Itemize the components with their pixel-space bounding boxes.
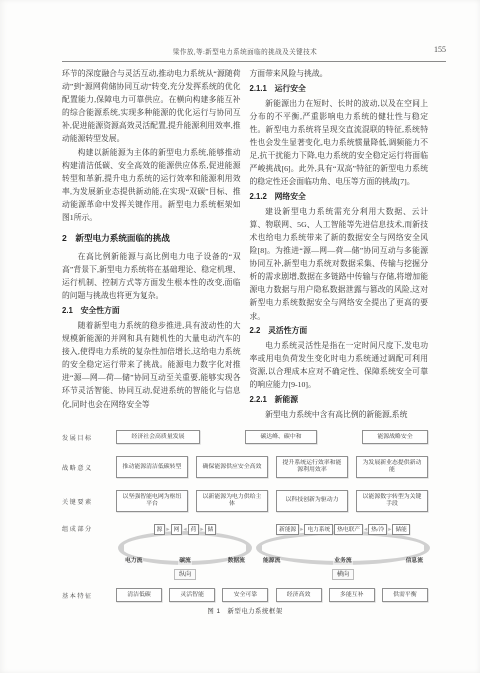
node-box: 电力系统 <box>304 524 333 535</box>
figure-box: 经济高效 <box>276 588 322 602</box>
figure-row-elements: 关键要素 以坚强智能电网为枢纽平台 以新能源为电力供给主体 以科技创新为驱动力 … <box>62 490 428 512</box>
figure-box: 以坚强智能电网为枢纽平台 <box>116 490 188 512</box>
figure-1: 发展目标 经济社会高质量发展 碳达峰、碳中和 能源战略安全 战略意义 推动能源清… <box>62 430 428 615</box>
flow-label: 碳流 <box>178 558 192 565</box>
subsection-heading: 2.1 安全性方面 <box>62 305 241 317</box>
figure-row-label: 战略意义 <box>62 463 102 472</box>
subsection-heading: 2.1.2 网络安全 <box>250 191 429 203</box>
left-column: 环节的深度融合与灵活互动,推动电力系统从“源随荷动”到“源网荷储协同互动”转变,… <box>62 67 241 421</box>
paragraph: 建设新型电力系统需充分利用大数据、云计算、物联网、5G、人工智能等先进信息技术,… <box>250 205 429 323</box>
paragraph: 在高比例新能源与高比例电力电子设备的“双高”背景下,新型电力系统将在基础理论、稳… <box>62 250 241 302</box>
figure-box: 推动能源清洁低碳转型 <box>116 456 188 478</box>
flow-label: 电力流 <box>124 558 143 565</box>
figure-row-label: 关键要素 <box>62 497 102 506</box>
subsection-heading: 2.2.1 新能源 <box>250 394 429 406</box>
figure-box: 以科技创新为驱动力 <box>276 490 348 512</box>
paragraph: 构建以新能源为主体的新型电力系统,能够推动构建清洁低碳、安全高效的能源供应体系,… <box>62 146 241 225</box>
figure-box: 以能源数字转型为关键手段 <box>356 490 428 512</box>
paper-page: 梁作放,等:新型电力系统面临的挑战及关键技术 155 环节的深度融合与灵活互动,… <box>0 0 480 673</box>
figure-row-label: 基本特征 <box>62 591 102 600</box>
vertical-cluster: 源 ▸ 网 ◂ 荷 ▸ 储 电力流 碳流 数据流 <box>116 524 254 580</box>
arrow-right-icon: ▸ <box>200 527 203 533</box>
arrow-right-icon: ▸ <box>166 527 169 533</box>
horizontal-nodes: 新能源 ▸ 电力系统 热电联产 ◂ 热/冷 ▸ 储能 <box>254 524 432 535</box>
figure-box: 碳达峰、碳中和 <box>245 430 317 444</box>
paragraph: 电力系统灵活性是指在一定时间尺度下,发电功率或用电负荷发生变化时电力系统通过调配… <box>250 339 429 391</box>
figure-box: 提升系统运行效率和能源利用效率 <box>276 456 348 478</box>
node-box: 源 <box>154 524 166 535</box>
figure-box: 确保能源供应安全高效 <box>196 456 268 478</box>
horizontal-flow-labels: 能源流 业务流 信息流 <box>262 558 424 565</box>
arrow-right-icon: ▸ <box>300 527 303 533</box>
section-heading: 2 新型电力系统面临的挑战 <box>62 232 241 244</box>
figure-box: 能源战略安全 <box>362 430 428 444</box>
node-box: 热/冷 <box>368 524 387 535</box>
feature-boxes: 清洁低碳 灵活智能 安全可靠 经济高效 多能互补 供需平衡 <box>116 588 428 602</box>
figure-row-label: 发展目标 <box>62 433 102 442</box>
figure-box: 清洁低碳 <box>116 588 162 602</box>
subsection-heading: 2.1.1 运行安全 <box>250 83 429 95</box>
paragraph: 方面带来风险与挑战。 <box>250 67 429 80</box>
axis-label: 纵向 <box>174 569 196 580</box>
node-box: 荷 <box>188 524 200 535</box>
component-clusters: 源 ▸ 网 ◂ 荷 ▸ 储 电力流 碳流 数据流 <box>116 524 432 580</box>
figure-box: 灵活智能 <box>169 588 215 602</box>
flow-label: 信息流 <box>405 558 424 565</box>
figure-row-features: 基本特征 清洁低碳 灵活智能 安全可靠 经济高效 多能互补 供需平衡 <box>62 588 428 602</box>
horizontal-cluster: 新能源 ▸ 电力系统 热电联产 ◂ 热/冷 ▸ 储能 能源流 业务流 <box>254 524 432 580</box>
running-head: 梁作放,等:新型电力系统面临的挑战及关键技术 155 <box>62 46 428 58</box>
figure-row-strategy: 战略意义 推动能源清洁低碳转型 确保能源供应安全高效 提升系统运行效率和能源利用… <box>62 456 428 478</box>
subsection-heading: 2.2 灵活性方面 <box>250 325 429 337</box>
node-box: 热电联产 <box>334 524 363 535</box>
element-boxes: 以坚强智能电网为枢纽平台 以新能源为电力供给主体 以科技创新为驱动力 以能源数字… <box>116 490 428 512</box>
node-box: 储能 <box>392 524 409 535</box>
node-box: 储 <box>205 524 217 535</box>
vertical-flow-labels: 电力流 碳流 数据流 <box>124 558 246 565</box>
goal-boxes: 经济社会高质量发展 碳达峰、碳中和 能源战略安全 <box>116 430 428 444</box>
page-number: 155 <box>434 45 446 54</box>
node-box: 网 <box>171 524 183 535</box>
flow-label: 能源流 <box>262 558 281 565</box>
axis-label: 横向 <box>332 569 354 580</box>
node-box: 新能源 <box>276 524 299 535</box>
arrow-left-icon: ◂ <box>183 527 186 533</box>
flow-label: 业务流 <box>333 558 352 565</box>
arrow-right-icon: ▸ <box>388 527 391 533</box>
two-column-body: 环节的深度融合与灵活互动,推动电力系统从“源随荷动”到“源网荷储协同互动”转变,… <box>62 67 428 421</box>
strategy-boxes: 推动能源清洁低碳转型 确保能源供应安全高效 提升系统运行效率和能源利用效率 为发… <box>116 456 428 478</box>
figure-row-label: 组成部分 <box>62 524 102 533</box>
vertical-nodes: 源 ▸ 网 ◂ 荷 ▸ 储 <box>116 524 254 535</box>
paragraph: 随着新型电力系统的稳步推进,具有波动性的大规模新能源的并网和具有随机性的大量电动… <box>62 319 241 411</box>
figure-row-components: 组成部分 源 ▸ 网 ◂ 荷 ▸ 储 <box>62 524 428 580</box>
figure-box: 经济社会高质量发展 <box>116 430 200 444</box>
paragraph: 环节的深度融合与灵活互动,推动电力系统从“源随荷动”到“源网荷储协同互动”转变,… <box>62 67 241 146</box>
running-title: 梁作放,等:新型电力系统面临的挑战及关键技术 <box>62 46 428 56</box>
arrow-left-icon: ◂ <box>364 527 367 533</box>
right-column: 方面带来风险与挑战。 2.1.1 运行安全 新能源出力在短时、长时的波动,以及在… <box>250 67 429 421</box>
figure-caption: 图 1 新型电力系统框架 <box>62 606 428 615</box>
figure-box: 以新能源为电力供给主体 <box>196 490 268 512</box>
header-rule <box>62 61 446 62</box>
figure-box: 安全可靠 <box>222 588 268 602</box>
paragraph: 新型电力系统中含有高比例的新能源,系统 <box>250 408 429 421</box>
figure-box: 供需平衡 <box>382 588 428 602</box>
flow-label: 数据流 <box>227 558 246 565</box>
figure-row-goals: 发展目标 经济社会高质量发展 碳达峰、碳中和 能源战略安全 <box>62 430 428 444</box>
figure-box: 为发展新业态提供新动能 <box>356 456 428 478</box>
figure-box: 多能互补 <box>329 588 375 602</box>
paragraph: 新能源出力在短时、长时的波动,以及在空间上分布的不平衡,严重影响电力系统的健壮性… <box>250 97 429 189</box>
